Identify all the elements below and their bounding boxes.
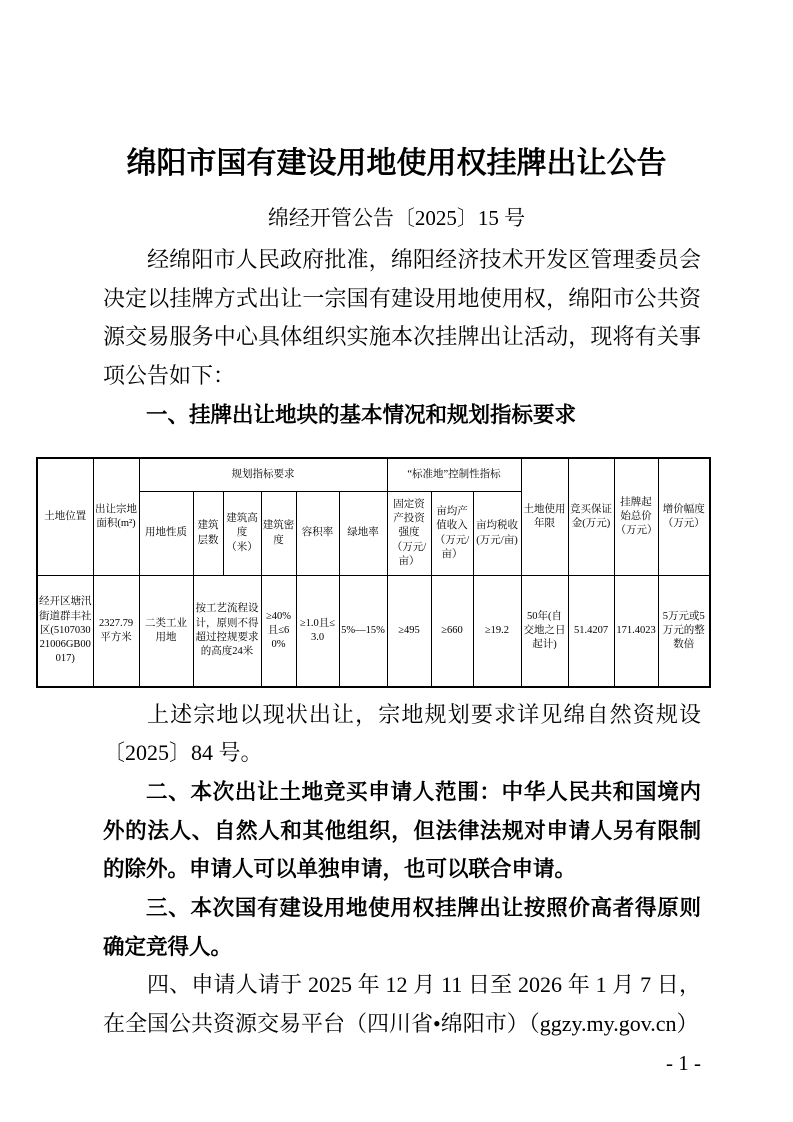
cell-building-density: ≥40%且≤60%	[261, 576, 296, 687]
body-sections: 上述宗地以现状出让，宗地规划要求详见绵自然资规设〔2025〕84 号。 二、本次…	[103, 696, 701, 1044]
header-fixed-investment: 固定资产投资强度（万元/亩）	[387, 492, 431, 576]
after-table-paragraph: 上述宗地以现状出让，宗地规划要求详见绵自然资规设〔2025〕84 号。	[103, 696, 701, 773]
section2-paragraph: 二、本次出让土地竞买申请人范围：中华人民共和国境内外的法人、自然人和其他组织，但…	[103, 773, 701, 889]
header-group-standard-land-indicators: “标准地”控制性指标	[387, 458, 521, 492]
cell-land-location: 经开区塘汛街道群丰社区(510703021006GB00017)	[37, 576, 93, 687]
section1-heading: 一、挂牌出让地块的基本情况和规划指标要求	[103, 396, 701, 435]
cell-green-rate: 5%—15%	[339, 576, 387, 687]
cell-plot-ratio: ≥1.0且≤3.0	[296, 576, 339, 687]
header-starting-price: 挂牌起始总价（万元）	[614, 458, 658, 576]
header-land-use: 用地性质	[139, 492, 193, 576]
header-plot-ratio: 容积率	[296, 492, 339, 576]
header-parcel-area: 出让宗地面积(m²)	[93, 458, 139, 576]
cell-fixed-investment: ≥495	[387, 576, 431, 687]
header-building-floors: 建筑层数	[193, 492, 223, 576]
cell-bid-deposit: 51.4207	[568, 576, 614, 687]
header-bid-deposit: 竞买保证金(万元)	[568, 458, 614, 576]
cell-land-tenure: 50年(自交地之日起计)	[521, 576, 568, 687]
header-green-rate: 绿地率	[339, 492, 387, 576]
header-building-height: 建筑高度（米）	[223, 492, 261, 576]
section3-paragraph: 三、本次国有建设用地使用权挂牌出让按照价高者得原则确定竞得人。	[103, 889, 701, 966]
cell-floors-height: 按工艺流程设计，原则不得超过控规要求的高度24米	[193, 576, 261, 687]
cell-price-increment: 5万元或5万元的整数倍	[658, 576, 710, 687]
header-group-planning-indicators: 规划指标要求	[139, 458, 387, 492]
cell-output-per-mu: ≥660	[431, 576, 473, 687]
announcement-page: 绵阳市国有建设用地使用权挂牌出让公告 绵经开管公告〔2025〕15 号 经绵阳市…	[0, 0, 793, 1122]
section4-paragraph: 四、申请人请于 2025 年 12 月 11 日至 2026 年 1 月 7 日…	[103, 966, 701, 1043]
header-land-location: 土地位置	[37, 458, 93, 576]
page-title: 绵阳市国有建设用地使用权挂牌出让公告	[0, 146, 793, 182]
header-output-per-mu: 亩均产值收入（万元/亩）	[431, 492, 473, 576]
header-tax-per-mu: 亩均税收(万元/亩)	[473, 492, 521, 576]
land-parcel-table: 土地位置 出让宗地面积(m²) 规划指标要求 “标准地”控制性指标 土地使用年限…	[36, 457, 711, 688]
cell-land-use: 二类工业用地	[139, 576, 193, 687]
intro-section: 经绵阳市人民政府批准，绵阳经济技术开发区管理委员会决定以挂牌方式出让一宗国有建设…	[103, 241, 701, 435]
document-number: 绵经开管公告〔2025〕15 号	[0, 203, 793, 233]
cell-parcel-area: 2327.79平方米	[93, 576, 139, 687]
header-land-tenure: 土地使用年限	[521, 458, 568, 576]
header-building-density: 建筑密度	[261, 492, 296, 576]
header-price-increment: 增价幅度（万元）	[658, 458, 710, 576]
intro-paragraph: 经绵阳市人民政府批准，绵阳经济技术开发区管理委员会决定以挂牌方式出让一宗国有建设…	[103, 241, 701, 396]
cell-tax-per-mu: ≥19.2	[473, 576, 521, 687]
table-row: 经开区塘汛街道群丰社区(510703021006GB00017) 2327.79…	[37, 576, 710, 687]
page-number: - 1 -	[0, 1048, 701, 1078]
cell-starting-price: 171.4023	[614, 576, 658, 687]
